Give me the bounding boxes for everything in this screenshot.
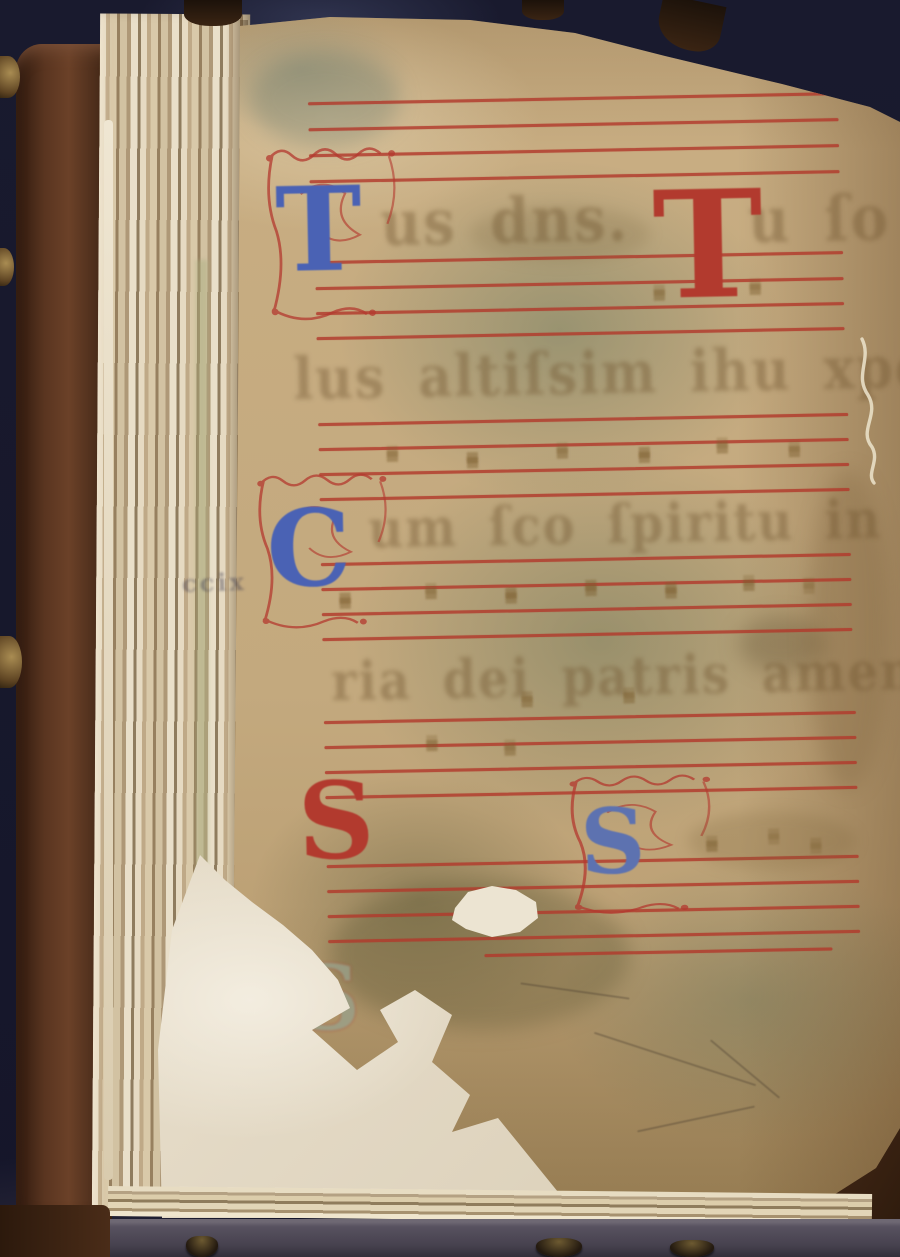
illuminated-initial-C-penwork: C — [265, 479, 380, 617]
manuscript-photo: us dns.u ſolus altiſsim ihu xpc.um ſco ſ… — [0, 0, 900, 1257]
neume — [717, 442, 728, 453]
illuminated-initial-S-penwork: S — [579, 779, 703, 903]
initial-letter: T — [274, 171, 363, 289]
neume — [504, 744, 515, 755]
marginal-folio-inscription: ccix — [182, 567, 248, 598]
top-strap — [654, 0, 727, 56]
illuminated-initial-S-plain: S — [297, 767, 399, 875]
top-strap — [184, 0, 242, 26]
staff-line — [324, 736, 856, 749]
staff-line — [484, 947, 832, 957]
neume — [387, 451, 398, 462]
neume — [425, 588, 436, 599]
initial-letter: S — [297, 767, 376, 874]
neume — [803, 578, 814, 589]
neume — [639, 447, 650, 458]
initial-letter: C — [266, 495, 352, 603]
staff-line — [324, 711, 856, 724]
shelf-strip — [0, 1219, 900, 1257]
book-foot — [670, 1240, 714, 1257]
faded-chant-text: lus altiſsim ihu xpc. — [293, 332, 900, 413]
hinge-edge — [104, 120, 113, 1180]
book-foot — [536, 1238, 582, 1257]
staff-line — [322, 628, 852, 641]
top-knob — [522, 0, 564, 20]
neume — [665, 582, 676, 593]
book-foot — [186, 1236, 218, 1257]
staff-line — [328, 930, 860, 943]
neume — [623, 692, 634, 703]
neume — [585, 580, 596, 591]
leather-corner-bottom-left — [0, 1205, 110, 1257]
binding-stud — [0, 248, 14, 286]
neume — [467, 452, 478, 463]
initial-letter: T — [651, 170, 764, 320]
staff-line — [318, 413, 848, 426]
initial-letter: S — [579, 796, 646, 887]
neume — [522, 696, 533, 707]
faded-chant-text: um ſco ſpiritu in gla — [368, 486, 900, 561]
neume — [557, 447, 568, 458]
staff-line — [319, 463, 849, 476]
faded-chant-text: u ſo — [748, 181, 891, 258]
neume — [505, 587, 516, 598]
staff-line — [319, 438, 849, 451]
neume — [743, 580, 754, 591]
faded-text-smudge — [470, 206, 650, 262]
staff-line — [309, 118, 839, 131]
staff-line — [322, 603, 852, 616]
neume — [426, 740, 437, 751]
neume — [789, 446, 800, 457]
faded-chant-text: ria dei patris amen — [331, 639, 900, 713]
parchment-crack — [850, 335, 896, 485]
faded-text-smudge — [688, 812, 856, 870]
illuminated-initial-T-plain: T — [651, 162, 756, 328]
staff-line — [308, 92, 838, 105]
illuminated-initial-T-penwork: T — [274, 153, 389, 307]
